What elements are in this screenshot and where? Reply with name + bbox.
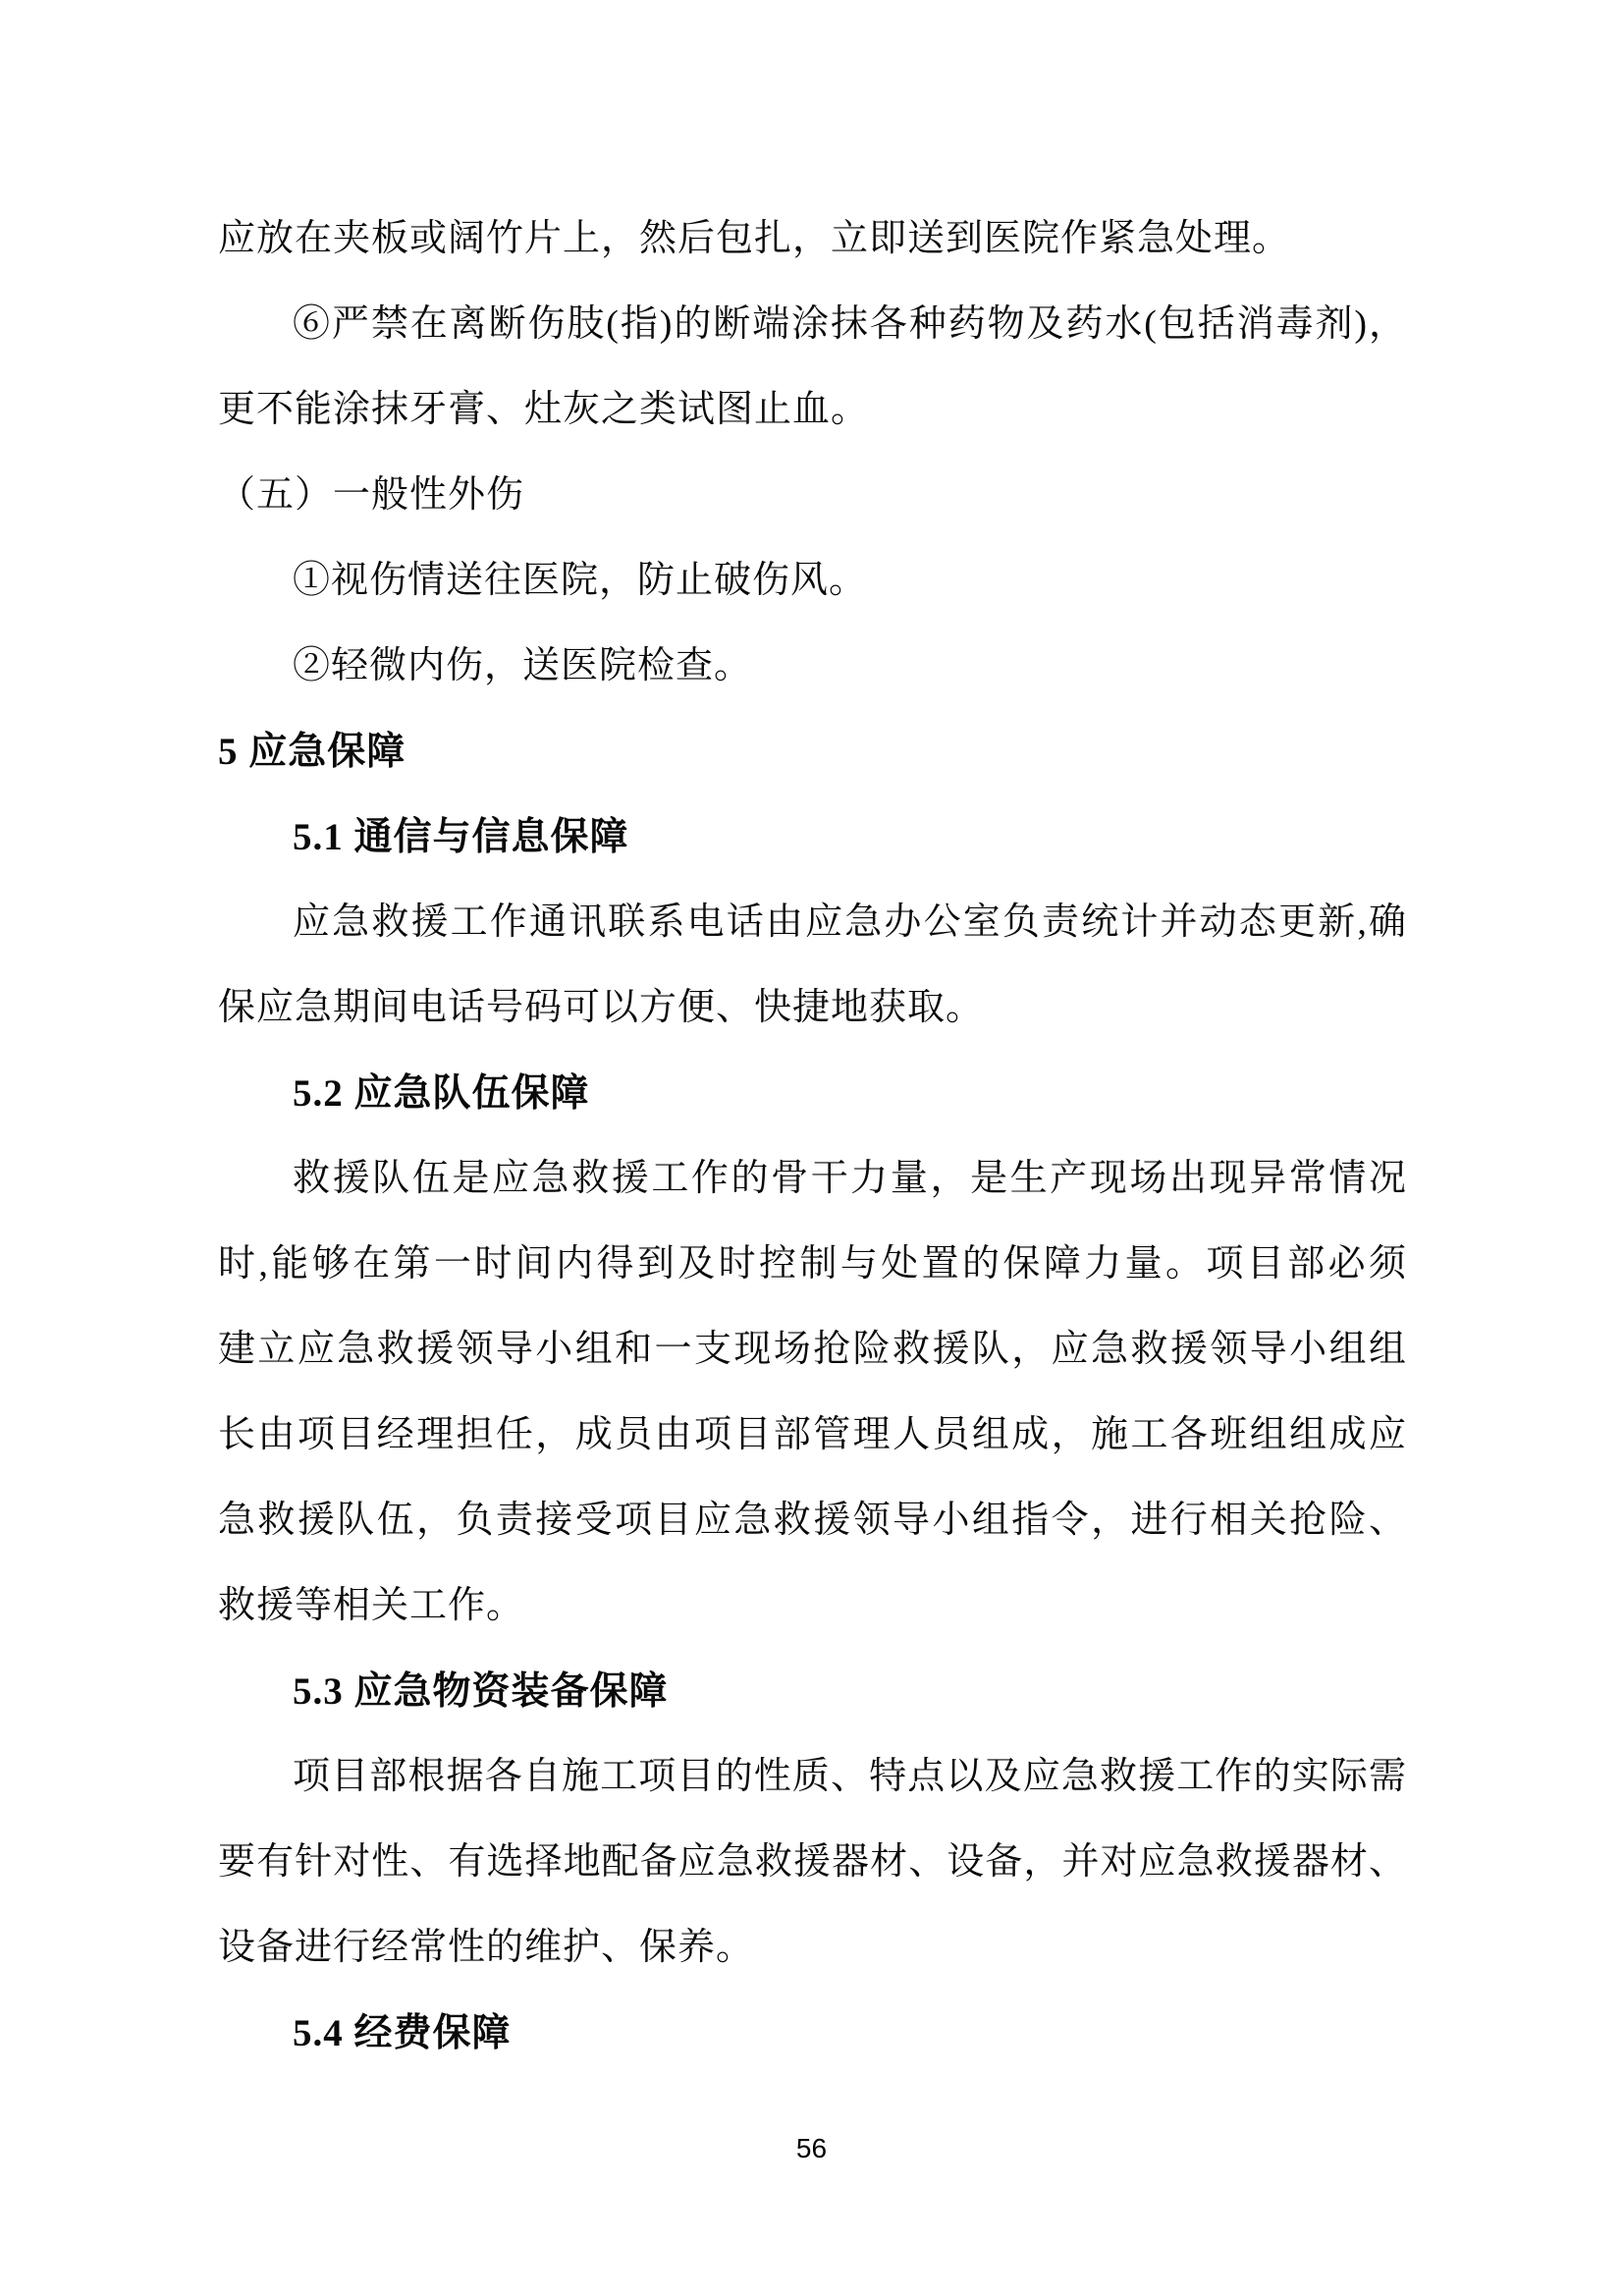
section-heading: 5 应急保障	[218, 709, 1407, 794]
section-heading: 5.1 通信与信息保障	[218, 794, 1407, 880]
text-line: 长由项目经理担任，成员由项目部管理人员组成，施工各班组组成应	[218, 1393, 1407, 1478]
text-line: 时,能够在第一时间内得到及时控制与处置的保障力量。项目部必须	[218, 1222, 1407, 1307]
text-line: 救援队伍是应急救援工作的骨干力量，是生产现场出现异常情况	[218, 1136, 1407, 1222]
text-line: ①视伤情送往医院，防止破伤风。	[218, 538, 1407, 624]
text-line: 更不能涂抹牙膏、灶灰之类试图止血。	[218, 367, 1407, 453]
section-heading: 5.2 应急队伍保障	[218, 1051, 1407, 1136]
text-line: 应急救援工作通讯联系电话由应急办公室负责统计并动态更新,确	[218, 880, 1407, 965]
document-page: 应放在夹板或阔竹片上，然后包扎，立即送到医院作紧急处理。⑥严禁在离断伤肢(指)的…	[0, 0, 1623, 2296]
text-line: 救援等相关工作。	[218, 1563, 1407, 1649]
text-line: ⑥严禁在离断伤肢(指)的断端涂抹各种药物及药水(包括消毒剂)，	[218, 282, 1407, 367]
text-line: 保应急期间电话号码可以方便、快捷地获取。	[218, 965, 1407, 1051]
text-line: 设备进行经常性的维护、保养。	[218, 1905, 1407, 1991]
section-heading: 5.3 应急物资装备保障	[218, 1649, 1407, 1734]
text-line: 要有针对性、有选择地配备应急救援器材、设备，并对应急救援器材、	[218, 1820, 1407, 1905]
text-line: 项目部根据各自施工项目的性质、特点以及应急救援工作的实际需	[218, 1734, 1407, 1820]
page-number: 56	[0, 2129, 1623, 2168]
text-line: 应放在夹板或阔竹片上，然后包扎，立即送到医院作紧急处理。	[218, 196, 1407, 282]
document-body: 应放在夹板或阔竹片上，然后包扎，立即送到医院作紧急处理。⑥严禁在离断伤肢(指)的…	[218, 196, 1407, 2076]
text-line: 建立应急救援领导小组和一支现场抢险救援队，应急救援领导小组组	[218, 1307, 1407, 1393]
section-heading: 5.4 经费保障	[218, 1991, 1407, 2076]
text-line: ②轻微内伤，送医院检查。	[218, 624, 1407, 709]
text-line: （五）一般性外伤	[218, 453, 1407, 538]
text-line: 急救援队伍，负责接受项目应急救援领导小组指令，进行相关抢险、	[218, 1478, 1407, 1563]
